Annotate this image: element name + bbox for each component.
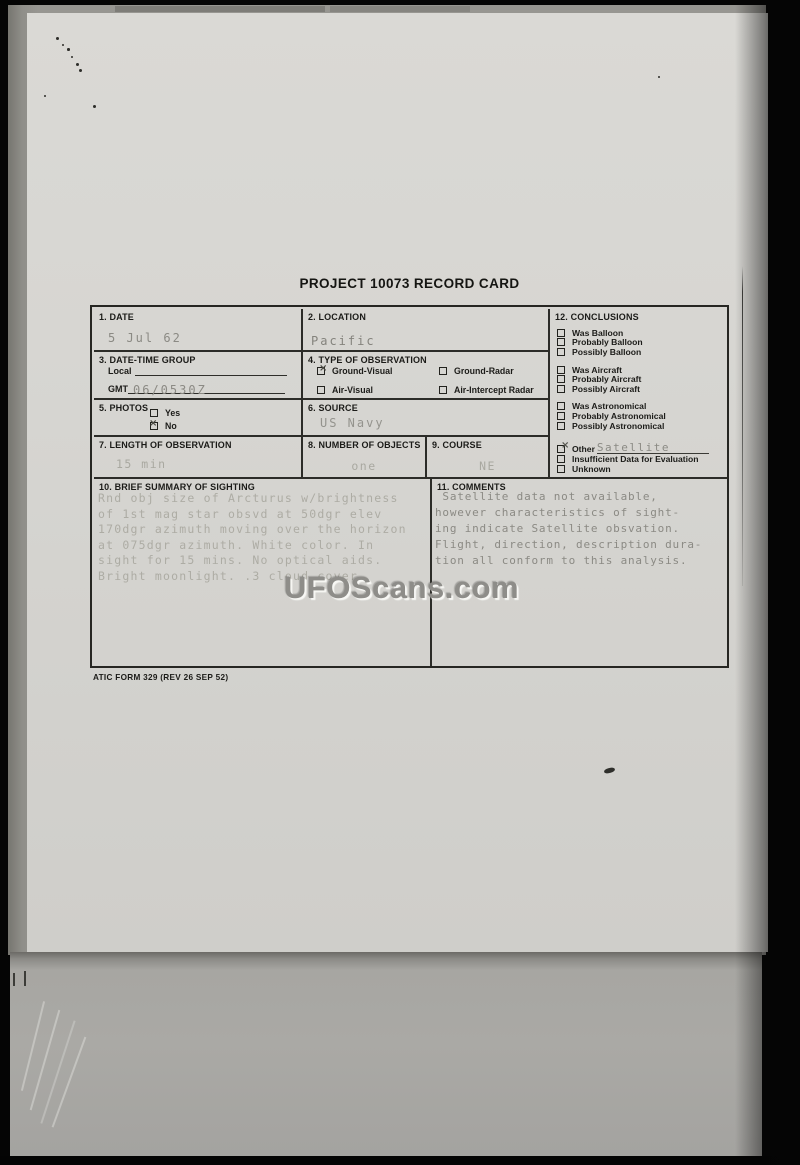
dtg-local-label: Local	[108, 366, 132, 376]
option-label: Insufficient Data for Evaluation	[572, 454, 699, 464]
photo-edge-fade	[735, 0, 800, 1165]
conclusion-unknown: Unknown	[557, 464, 727, 474]
checkbox-icon	[557, 422, 565, 430]
checkbox-icon	[557, 329, 565, 337]
watermark-text: UFOScans.com	[284, 570, 519, 606]
dtg-gmt-label: GMT	[108, 384, 128, 394]
checkbox-icon	[439, 386, 447, 394]
summary-line: sight for 15 mins. No optical aids.	[98, 553, 407, 569]
dust-speck	[71, 56, 73, 58]
dtg-local-line: Local	[108, 363, 287, 376]
option-photos-no: × No	[150, 421, 177, 431]
checkbox-icon	[557, 375, 565, 383]
backing-board	[10, 952, 762, 1156]
field-location-label: 2. LOCATION	[303, 309, 548, 322]
conclusion-was-astronomical: Was Astronomical	[557, 402, 727, 412]
conclusion-possibly-astronomical: Possibly Astronomical	[557, 421, 727, 431]
field-course: 9. COURSE NE	[427, 437, 550, 479]
dust-speck	[658, 76, 660, 78]
option-label: Air-Visual	[332, 385, 373, 395]
field-location-value: Pacific	[311, 334, 376, 348]
edge-mark	[13, 973, 15, 986]
field-date-label: 1. DATE	[94, 309, 301, 322]
field-number-value: one	[303, 459, 425, 473]
dust-speck	[67, 48, 70, 51]
option-label: Was Astronomical	[572, 401, 646, 411]
scanned-photo-background: PROJECT 10073 RECORD CARD 1. DATE 5 Jul …	[0, 0, 800, 1165]
option-label: Probably Balloon	[572, 337, 643, 347]
conclusion-possibly-balloon: Possibly Balloon	[557, 347, 727, 357]
checkbox-icon	[557, 465, 565, 473]
option-air-visual: Air-Visual	[317, 385, 373, 395]
field-photos: 5. PHOTOS Yes × No	[94, 400, 303, 437]
option-label: Probably Aircraft	[572, 374, 641, 384]
checkbox-icon	[557, 366, 565, 374]
field-number-of-objects: 8. NUMBER OF OBJECTS one	[303, 437, 427, 479]
dust-speck	[79, 69, 82, 72]
conclusion-was-aircraft: Was Aircraft	[557, 365, 727, 375]
option-ground-visual: × Ground-Visual	[317, 366, 392, 376]
option-label: Ground-Visual	[332, 366, 392, 376]
option-label: Was Aircraft	[572, 365, 622, 375]
checkbox-icon	[557, 412, 565, 420]
comments-line: however characteristics of sight-	[435, 505, 702, 521]
checkbox-icon	[557, 348, 565, 356]
option-label: Ground-Radar	[454, 366, 514, 376]
edge-smudge	[330, 6, 470, 12]
conclusions-astronomical-group: Was Astronomical Probably Astronomical P…	[557, 402, 727, 431]
checkbox-icon	[150, 409, 158, 417]
checkbox-x-mark: ×	[561, 441, 569, 451]
option-label: Air-Intercept Radar	[454, 385, 534, 395]
conclusion-other: × Other Satellite	[557, 443, 727, 454]
dust-speck	[76, 63, 79, 66]
field-length-value: 15 min	[116, 457, 167, 471]
field-course-label: 9. COURSE	[427, 437, 548, 450]
field-photos-label: 5. PHOTOS	[94, 400, 301, 413]
dust-speck	[62, 44, 64, 46]
field-conclusions: 12. CONCLUSIONS Was Balloon Probably Bal…	[550, 309, 727, 479]
field-date-value: 5 Jul 62	[108, 331, 182, 345]
summary-line: 170dgr azimuth moving over the horizon	[98, 522, 407, 538]
dust-speck	[56, 37, 59, 40]
checkbox-x-mark: ×	[319, 364, 327, 374]
checkbox-x-mark: ×	[149, 419, 157, 429]
conclusions-other-group: × Other Satellite Insufficient Data for …	[557, 443, 727, 473]
field-date: 1. DATE 5 Jul 62	[94, 309, 303, 352]
conclusion-other-value: Satellite	[597, 442, 709, 454]
record-card-table: 1. DATE 5 Jul 62 2. LOCATION Pacific 3. …	[90, 305, 729, 668]
option-label: Unknown	[572, 464, 611, 474]
dtg-gmt-line: GMT 06/0530Z	[108, 381, 285, 394]
dust-speck	[44, 95, 46, 97]
summary-line: Rnd obj size of Arcturus w/brightness	[98, 491, 407, 507]
field-conclusions-label: 12. CONCLUSIONS	[550, 309, 727, 322]
dust-speck	[93, 105, 96, 108]
field-location: 2. LOCATION Pacific	[303, 309, 550, 352]
option-label: Was Balloon	[572, 328, 623, 338]
comments-line: tion all conform to this analysis.	[435, 553, 702, 569]
field-source-label: 6. SOURCE	[303, 400, 548, 413]
dtg-gmt-underline: 06/0530Z	[128, 381, 285, 394]
option-label: Possibly Aircraft	[572, 384, 640, 394]
field-number-label: 8. NUMBER OF OBJECTS	[303, 437, 425, 450]
conclusion-possibly-aircraft: Possibly Aircraft	[557, 384, 727, 394]
field-type-of-observation: 4. TYPE OF OBSERVATION × Ground-Visual G…	[303, 352, 550, 400]
checkbox-icon	[557, 402, 565, 410]
conclusion-insufficient-data: Insufficient Data for Evaluation	[557, 454, 727, 464]
field-length-label: 7. LENGTH OF OBSERVATION	[94, 437, 301, 450]
field-type-obs-label: 4. TYPE OF OBSERVATION	[303, 352, 548, 365]
checkbox-icon	[317, 386, 325, 394]
option-air-intercept-radar: Air-Intercept Radar	[439, 385, 534, 395]
edge-smudge	[115, 6, 325, 12]
option-label: Other	[572, 444, 595, 454]
comments-typed-text: Satellite data not available, however ch…	[435, 489, 702, 569]
summary-line: of 1st mag star obsvd at 50dgr elev	[98, 507, 407, 523]
field-date-time-group: 3. DATE-TIME GROUP Local GMT 06/0530Z	[94, 352, 303, 400]
form-title: PROJECT 10073 RECORD CARD	[92, 276, 727, 291]
option-label: Possibly Balloon	[572, 347, 641, 357]
field-length-of-observation: 7. LENGTH OF OBSERVATION 15 min	[94, 437, 303, 479]
dtg-local-underline	[135, 363, 287, 376]
conclusions-list: Was Balloon Probably Balloon Possibly Ba…	[550, 322, 727, 474]
conclusion-probably-astronomical: Probably Astronomical	[557, 411, 727, 421]
summary-line: at 075dgr azimuth. White color. In	[98, 538, 407, 554]
field-source: 6. SOURCE US Navy	[303, 400, 550, 437]
checkbox-icon	[557, 338, 565, 346]
conclusions-aircraft-group: Was Aircraft Probably Aircraft Possibly …	[557, 365, 727, 394]
conclusions-balloon-group: Was Balloon Probably Balloon Possibly Ba…	[557, 328, 727, 357]
option-label: Possibly Astronomical	[572, 421, 664, 431]
field-course-value: NE	[427, 459, 548, 473]
checkbox-icon	[557, 455, 565, 463]
form-number: ATIC FORM 329 (REV 26 SEP 52)	[93, 673, 228, 682]
conclusion-was-balloon: Was Balloon	[557, 328, 727, 338]
conclusion-probably-balloon: Probably Balloon	[557, 338, 727, 348]
option-label: No	[165, 421, 177, 431]
comments-line: Satellite data not available,	[435, 489, 702, 505]
dtg-gmt-value: 06/0530Z	[128, 383, 207, 397]
checkbox-icon	[557, 385, 565, 393]
option-ground-radar: Ground-Radar	[439, 366, 514, 376]
checkbox-icon	[439, 367, 447, 375]
comments-line: Flight, direction, description dura-	[435, 537, 702, 553]
comments-line: ing indicate Satellite obsvation.	[435, 521, 702, 537]
option-photos-yes: Yes	[150, 408, 180, 418]
option-label: Yes	[165, 408, 180, 418]
edge-mark	[24, 971, 26, 986]
field-source-value: US Navy	[320, 416, 385, 430]
option-label: Probably Astronomical	[572, 411, 666, 421]
photo-frame-edge	[0, 1156, 800, 1165]
conclusion-probably-aircraft: Probably Aircraft	[557, 374, 727, 384]
